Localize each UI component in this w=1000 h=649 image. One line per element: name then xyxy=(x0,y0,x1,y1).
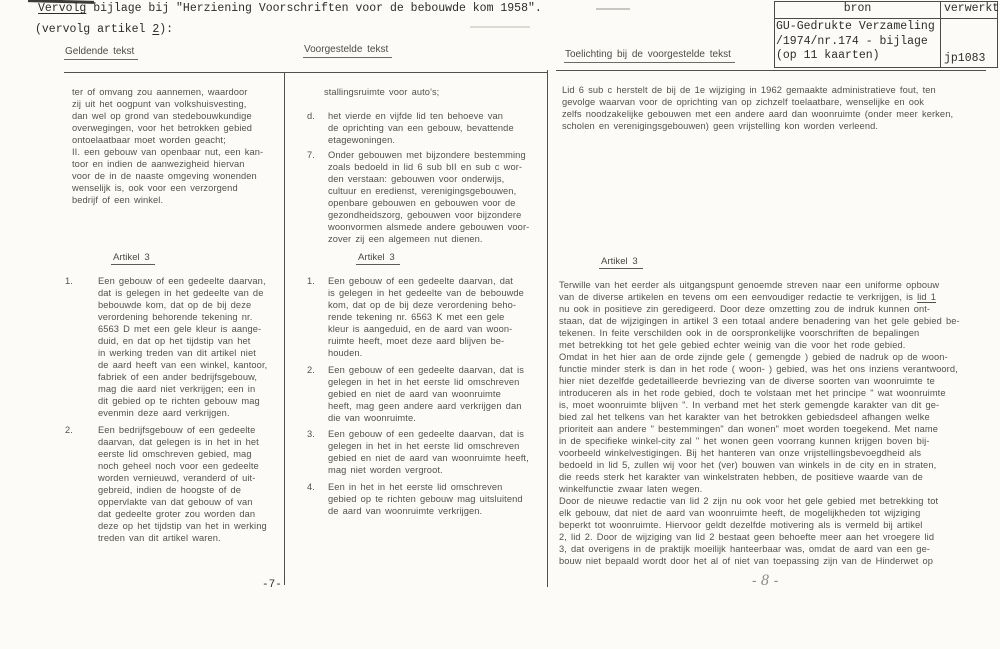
geldende-artikel3-heading: Artikel 3 xyxy=(111,252,155,263)
header-rule-right xyxy=(556,70,986,71)
voorgestelde-item-4-text: Een in het in het eerste lid omschreven … xyxy=(328,481,523,517)
voorgestelde-item-d: d. het vierde en vijfde lid ten behoeve … xyxy=(307,110,514,146)
header-rule-left xyxy=(64,72,547,73)
geldende-item-1-text: Een gebouw of een gedeelte daarvan, dat … xyxy=(98,275,267,419)
geldende-paragraph: ter of omvang zou aannemen, waardoor zij… xyxy=(72,86,263,206)
voorgestelde-item-1-number: 1. xyxy=(307,275,328,359)
voorgestelde-intro-line: stallingsruimte voor auto's; xyxy=(324,86,439,98)
document-title: Vervolg bijlage bij "Herziening Voorschr… xyxy=(38,1,542,16)
toelichting-paragraph-2-pre: Terwille van het eerder als uitgangspunt… xyxy=(559,280,939,302)
voorgestelde-item-d-text: het vierde en vijfde lid ten behoeve van… xyxy=(328,110,514,146)
source-table-header-verwerkt: verwerkt xyxy=(941,2,999,18)
voorgestelde-item-3-text: Een gebouw of een gedeelte daarvan, dat … xyxy=(328,428,529,476)
voorgestelde-item-2-number: 2. xyxy=(307,364,328,424)
geldende-item-2-text: Een bedrijfsgebouw of een gedeelte daarv… xyxy=(98,424,267,544)
voorgestelde-item-4: 4. Een in het in het eerste lid omschrev… xyxy=(307,481,523,517)
toelichting-artikel3-heading-text: Artikel 3 xyxy=(599,256,643,269)
document-title-rest: bijlage bij "Herziening Voorschriften vo… xyxy=(86,2,541,15)
source-table-header-row: bron verwerkt xyxy=(775,2,997,19)
geldende-item-1: 1. Een gebouw of een gedeelte daarvan, d… xyxy=(65,275,267,419)
toelichting-paragraph-2-underlined: lid 1 xyxy=(917,292,936,302)
geldende-artikel3-heading-text: Artikel 3 xyxy=(111,252,155,265)
document-title-underlined-word: Vervolg xyxy=(38,2,86,15)
column-divider-1 xyxy=(284,72,285,585)
geldende-item-2-number: 2. xyxy=(65,424,98,544)
voorgestelde-artikel3-heading: Artikel 3 xyxy=(356,252,400,263)
toelichting-paragraph-2-post: nu ook in positieve zin geredigeerd. Doo… xyxy=(559,304,960,566)
voorgestelde-item-2-text: Een gebouw of een gedeelte daarvan, dat … xyxy=(328,364,524,424)
source-table-header-bron: bron xyxy=(775,2,941,18)
document-subtitle-pre: (vervolg artikel xyxy=(35,23,152,36)
scanned-document-page: Vervolg bijlage bij "Herziening Voorschr… xyxy=(0,0,1000,649)
voorgestelde-item-3-number: 3. xyxy=(307,428,328,476)
voorgestelde-artikel3-heading-text: Artikel 3 xyxy=(356,252,400,265)
geldende-item-1-number: 1. xyxy=(65,275,98,419)
source-table: bron verwerkt GU-Gedrukte Verzameling /1… xyxy=(774,1,998,68)
voorgestelde-item-2: 2. Een gebouw of een gedeelte daarvan, d… xyxy=(307,364,524,424)
source-table-body-row: GU-Gedrukte Verzameling /1974/nr.174 - b… xyxy=(775,19,997,67)
processed-code: jp1083 xyxy=(941,19,997,67)
voorgestelde-item-4-number: 4. xyxy=(307,481,328,517)
voorgestelde-item-3: 3. Een gebouw of een gedeelte daarvan, d… xyxy=(307,428,529,476)
voorgestelde-item-1: 1. Een gebouw of een gedeelte daarvan, d… xyxy=(307,275,524,359)
voorgestelde-item-1-text: Een gebouw of een gedeelte daarvan, dat … xyxy=(328,275,524,359)
document-subtitle: (vervolg artikel 2): xyxy=(35,23,173,36)
voorgestelde-item-d-number: d. xyxy=(307,110,328,146)
document-subtitle-post: ): xyxy=(159,23,173,36)
page-number-right: - 8 - xyxy=(752,573,778,589)
voorgestelde-item-7-number: 7. xyxy=(307,149,328,245)
column-header-voorgestelde-tekst: Voorgestelde tekst xyxy=(303,44,392,58)
scan-smudge xyxy=(596,8,630,10)
column-header-geldende-tekst: Geldende tekst xyxy=(64,46,138,60)
voorgestelde-item-7-text: Onder gebouwen met bijzondere bestemming… xyxy=(328,149,529,245)
voorgestelde-item-7: 7. Onder gebouwen met bijzondere bestemm… xyxy=(307,149,529,245)
geldende-item-2: 2. Een bedrijfsgebouw of een gedeelte da… xyxy=(65,424,267,544)
toelichting-paragraph-1: Lid 6 sub c herstelt de bij de 1e wijzig… xyxy=(562,84,953,132)
page-number-left: -7- xyxy=(262,579,282,591)
toelichting-artikel3-heading: Artikel 3 xyxy=(599,256,643,267)
scan-smudge xyxy=(470,26,530,28)
column-header-toelichting: Toelichting bij de voorgestelde tekst xyxy=(564,49,735,63)
source-reference-text: GU-Gedrukte Verzameling /1974/nr.174 - b… xyxy=(775,19,941,67)
toelichting-paragraph-2: Terwille van het eerder als uitgangspunt… xyxy=(559,279,960,567)
column-divider-2 xyxy=(547,70,548,587)
